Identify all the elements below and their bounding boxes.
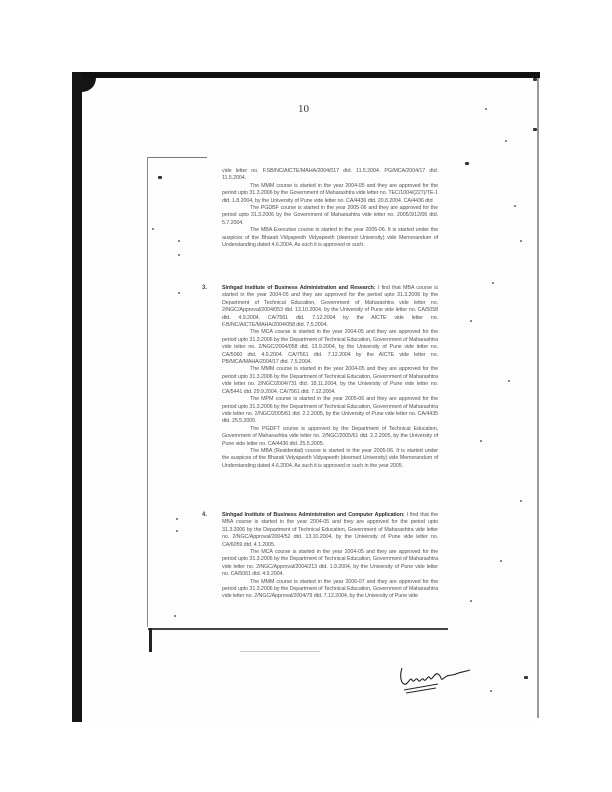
section-4: Sinhgad Institute of Business Administra… [222,512,438,601]
section-number: 4. [202,512,207,518]
scan-speck [490,690,492,692]
scan-speck [470,320,472,322]
scan-edge-right [537,78,539,718]
scan-edge-left [72,72,82,722]
paragraph: The MCA course is started in the year 20… [222,549,438,579]
scan-speck [508,380,510,382]
signature [398,662,474,696]
scan-speck [152,228,154,230]
scan-speck [520,240,522,242]
paragraph: The MCA course is started in the year 20… [222,329,438,366]
scan-speck [520,500,522,502]
section-3: Sinhgad Institute of Business Administra… [222,285,438,470]
scan-speck [492,282,494,284]
scan-speck [533,128,537,131]
section-continuation: vide letter no. F.SB/NC/AICTE/MAHA/2004/… [222,168,438,249]
scan-speck [470,600,472,602]
inner-page-bar [149,628,152,652]
page-number: 10 [298,103,309,115]
scan-speck [174,615,176,617]
paragraph: The MMM course is started in the year 20… [222,366,438,396]
inner-page-edge-bottom [148,628,448,630]
paragraph: The MPM course is started in the year 20… [222,396,438,426]
scan-speck [178,254,180,256]
paragraph: The MMM course is started in the year 20… [222,579,438,601]
section-number: 3. [202,285,207,291]
scan-speck [465,162,469,165]
scan-speck [178,292,180,294]
paragraph: Sinhgad Institute of Business Administra… [222,285,438,329]
scan-speck [176,518,178,520]
scan-speck [524,676,528,679]
scan-speck [514,205,516,207]
scan-speck [178,240,180,242]
inner-page-edge-top [147,157,207,158]
paragraph: The MBA Executive course is started in t… [222,227,438,249]
paragraph: The PGDFT course is approved by the Depa… [222,426,438,448]
paragraph: The MBA (Residential) course is started … [222,448,438,470]
scan-speck [485,108,487,110]
scan-speck [500,560,502,562]
scan-edge-top [72,72,540,78]
scan-speck [505,140,507,142]
paragraph: vide letter no. F.SB/NC/AICTE/MAHA/2004/… [222,168,438,183]
paragraph: Sinhgad Institute of Business Administra… [222,512,438,549]
scan-speck [480,440,482,442]
scan-speck [533,78,537,81]
section-heading: Sinhgad Institute of Business Administra… [222,285,375,291]
paragraph: The PGDBF course is started in the year … [222,205,438,227]
faint-scan-mark [240,651,320,652]
section-heading: Sinhgad Institute of Business Administra… [222,512,405,518]
paragraph: The MMM course is started in the year 20… [222,183,438,205]
scan-speck [158,176,162,179]
scan-speck [176,530,178,532]
inner-page-edge-left [147,157,148,627]
